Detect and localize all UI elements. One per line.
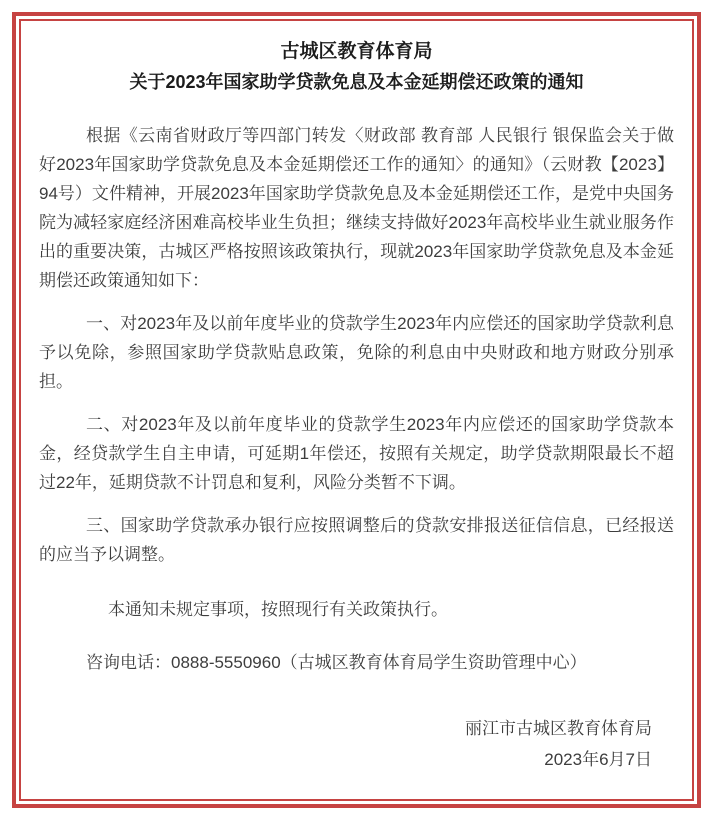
notice-document: 古城区教育体育局 关于2023年国家助学贷款免息及本金延期偿还政策的通知 根据《… <box>21 21 692 799</box>
notice-subject-title: 关于2023年国家助学贷款免息及本金延期偿还政策的通知 <box>39 67 674 97</box>
notice-paragraph-intro: 根据《云南省财政厅等四部门转发〈财政部 教育部 人民银行 银保监会关于做好202… <box>39 121 674 295</box>
notice-contact-line: 咨询电话：0888-5550960（古城区教育体育局学生资助管理中心） <box>39 648 674 677</box>
document-inner-border: 古城区教育体育局 关于2023年国家助学贷款免息及本金延期偿还政策的通知 根据《… <box>19 19 694 801</box>
notice-org-title: 古城区教育体育局 <box>39 37 674 67</box>
notice-closing-note: 本通知未规定事项，按照现行有关政策执行。 <box>39 595 674 624</box>
notice-paragraph-item-1: 一、对2023年及以前年度毕业的贷款学生2023年内应偿还的国家助学贷款利息予以… <box>39 309 674 396</box>
signature-date: 2023年6月7日 <box>39 744 652 775</box>
signature-block: 丽江市古城区教育体育局 2023年6月7日 <box>39 713 674 775</box>
notice-paragraph-item-3: 三、国家助学贷款承办银行应按照调整后的贷款安排报送征信信息，已经报送的应当予以调… <box>39 511 674 569</box>
document-outer-border: 古城区教育体育局 关于2023年国家助学贷款免息及本金延期偿还政策的通知 根据《… <box>12 12 701 808</box>
notice-paragraph-item-2: 二、对2023年及以前年度毕业的贷款学生2023年内应偿还的国家助学贷款本金，经… <box>39 410 674 497</box>
signature-issuer: 丽江市古城区教育体育局 <box>39 713 652 744</box>
